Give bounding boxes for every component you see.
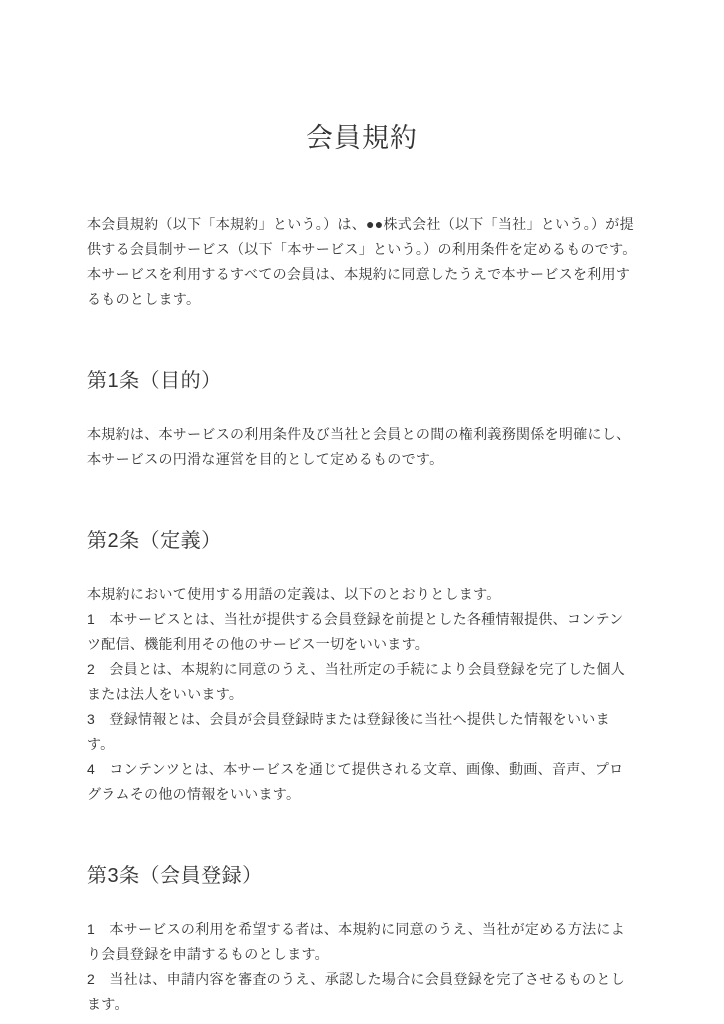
- articles-container: 第1条（目的）本規約は、本サービスの利用条件及び当社と会員との間の権利義務関係を…: [87, 367, 637, 1017]
- article-heading: 第3条（会員登録）: [87, 862, 637, 891]
- article-paragraph: 3 登録情報とは、会員が会員登録時または登録後に当社へ提供した情報をいいます。: [87, 707, 637, 757]
- article-section: 第1条（目的）本規約は、本サービスの利用条件及び当社と会員との間の権利義務関係を…: [87, 367, 637, 472]
- article-paragraph: 本規約は、本サービスの利用条件及び当社と会員との間の権利義務関係を明確にし、本サ…: [87, 422, 637, 472]
- page-title: 会員規約: [87, 118, 637, 158]
- intro-paragraph: 本会員規約（以下「本規約」という。）は、●●株式会社（以下「当社」という。）が提…: [87, 212, 637, 312]
- article-heading: 第1条（目的）: [87, 367, 637, 396]
- article-paragraph: 4 コンテンツとは、本サービスを通じて提供される文章、画像、動画、音声、プログラ…: [87, 757, 637, 807]
- article-paragraph: 1 本サービスとは、当社が提供する会員登録を前提とした各種情報提供、コンテンツ配…: [87, 607, 637, 657]
- article-paragraph: 本規約において使用する用語の定義は、以下のとおりとします。: [87, 582, 637, 607]
- document-page: 会員規約 本会員規約（以下「本規約」という。）は、●●株式会社（以下「当社」とい…: [0, 0, 724, 1024]
- article-heading: 第2条（定義）: [87, 527, 637, 556]
- article-paragraph: 2 当社は、申請内容を審査のうえ、承認した場合に会員登録を完了させるものとします…: [87, 967, 637, 1017]
- article-section: 第2条（定義）本規約において使用する用語の定義は、以下のとおりとします。1 本サ…: [87, 527, 637, 807]
- article-section: 第3条（会員登録）1 本サービスの利用を希望する者は、本規約に同意のうえ、当社が…: [87, 862, 637, 1017]
- article-paragraph: 1 本サービスの利用を希望する者は、本規約に同意のうえ、当社が定める方法により会…: [87, 917, 637, 967]
- article-paragraph: 2 会員とは、本規約に同意のうえ、当社所定の手続により会員登録を完了した個人また…: [87, 657, 637, 707]
